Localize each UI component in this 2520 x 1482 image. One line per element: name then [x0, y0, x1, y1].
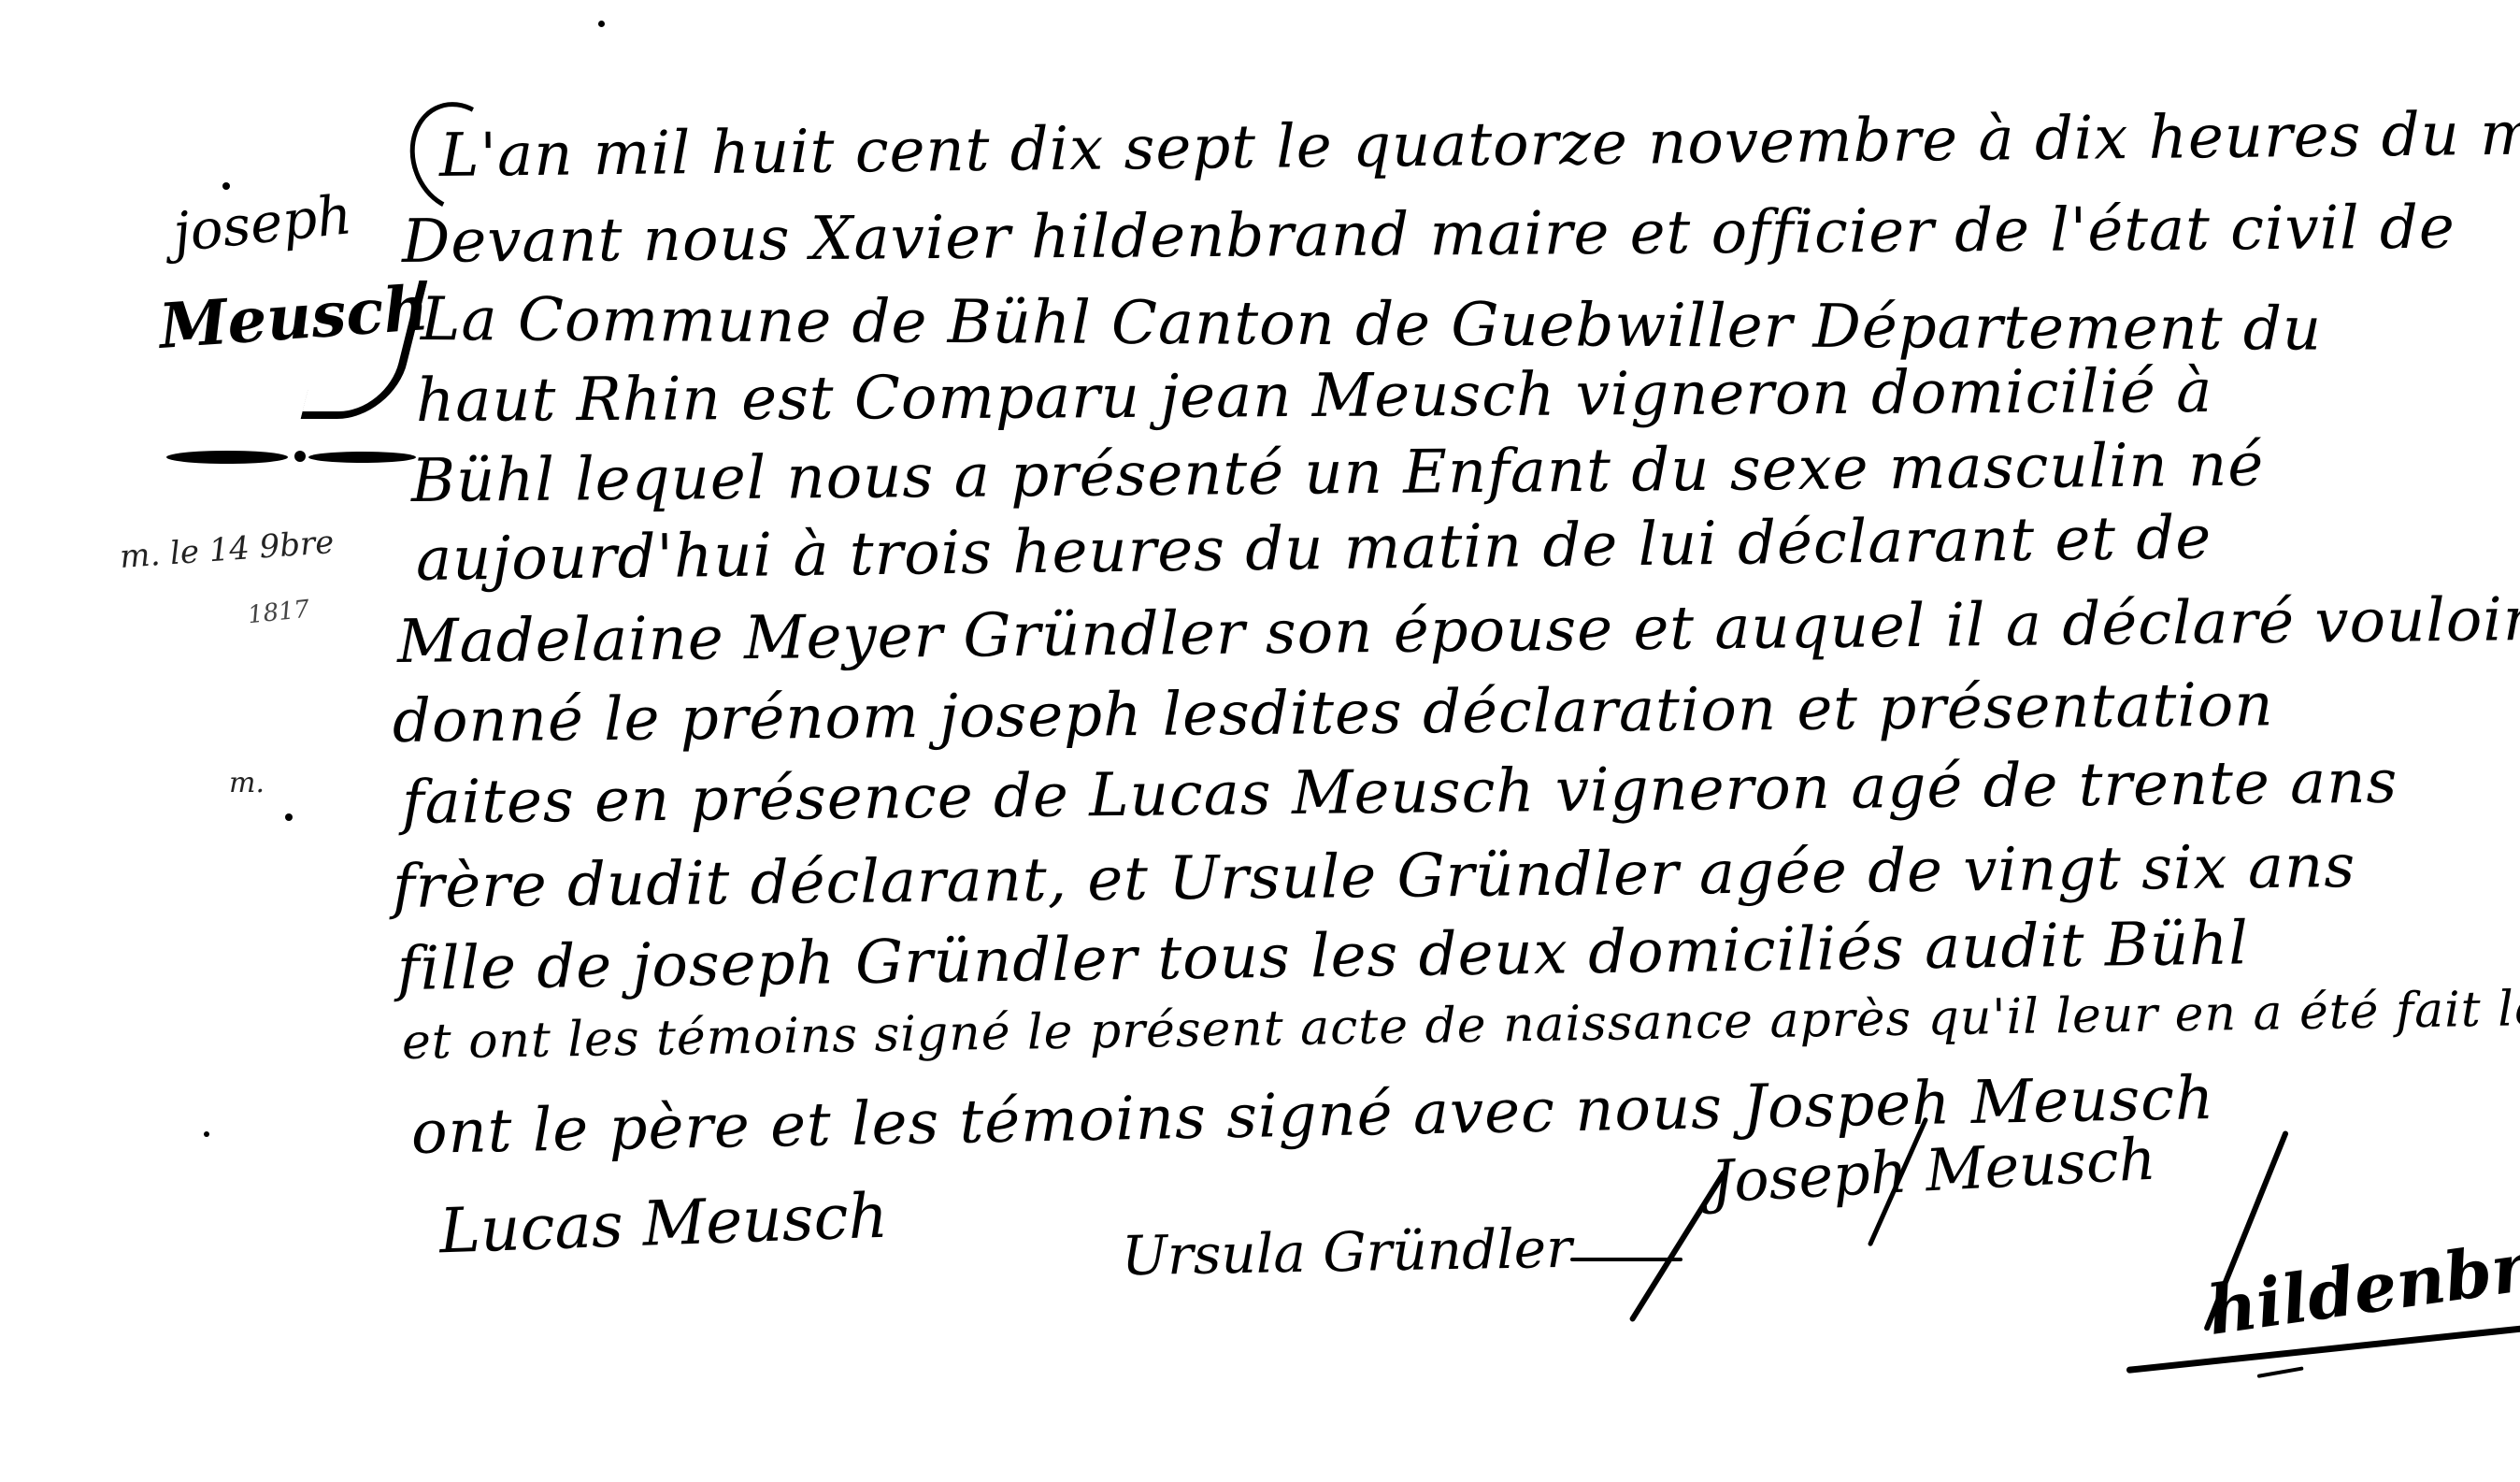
record-line-2: Devant nous Xavier hildenbrand maire et …	[402, 194, 2456, 277]
signature-witness-2: Ursula Gründler	[1121, 1216, 1572, 1288]
signature-witness-1: Lucas Meusch	[438, 1180, 889, 1268]
margin-separator	[308, 452, 416, 463]
signature-mayor: hildenbrand	[2202, 1207, 2520, 1350]
margin-subject-first-name: joseph	[170, 182, 355, 265]
record-line-3: La Commune de Bühl Canton de Guebwiller …	[421, 285, 2322, 365]
signature-mayor-underline-2	[2257, 1366, 2304, 1378]
record-line-6: aujourd'hui à trois heures du matin de l…	[416, 504, 2212, 595]
record-line-9: faites en présence de Lucas Meusch vigne…	[402, 748, 2398, 838]
margin-annotation-initial: m.	[229, 767, 265, 799]
record-line-4: haut Rhin est Comparu jean Meusch vigner…	[416, 357, 2213, 436]
margin-separator	[166, 451, 288, 464]
margin-annotation-date: m. le 14 9bre	[119, 524, 336, 576]
margin-separator-dot	[294, 451, 306, 462]
margin-annotation-year: 1817	[247, 596, 311, 630]
record-line-10: frère dudit déclarant, et Ursule Gründle…	[393, 832, 2356, 922]
document-page: joseph Meusch m. le 14 9bre 1817 m. L'an…	[0, 0, 2520, 1482]
signature-father-stroke	[1628, 1169, 1727, 1322]
ink-speck	[285, 813, 293, 821]
ink-speck	[204, 1131, 209, 1137]
record-line-1: L'an mil huit cent dix sept le quatorze …	[439, 98, 2520, 191]
record-line-8: donné le prénom joseph lesdites déclarat…	[393, 670, 2274, 756]
record-line-5: Bühl lequel nous a présenté un Enfant du…	[411, 431, 2265, 516]
ink-speck	[222, 182, 230, 190]
record-line-7: Madelaine Meyer Gründler son épouse et a…	[397, 585, 2520, 677]
ink-speck	[598, 21, 605, 27]
